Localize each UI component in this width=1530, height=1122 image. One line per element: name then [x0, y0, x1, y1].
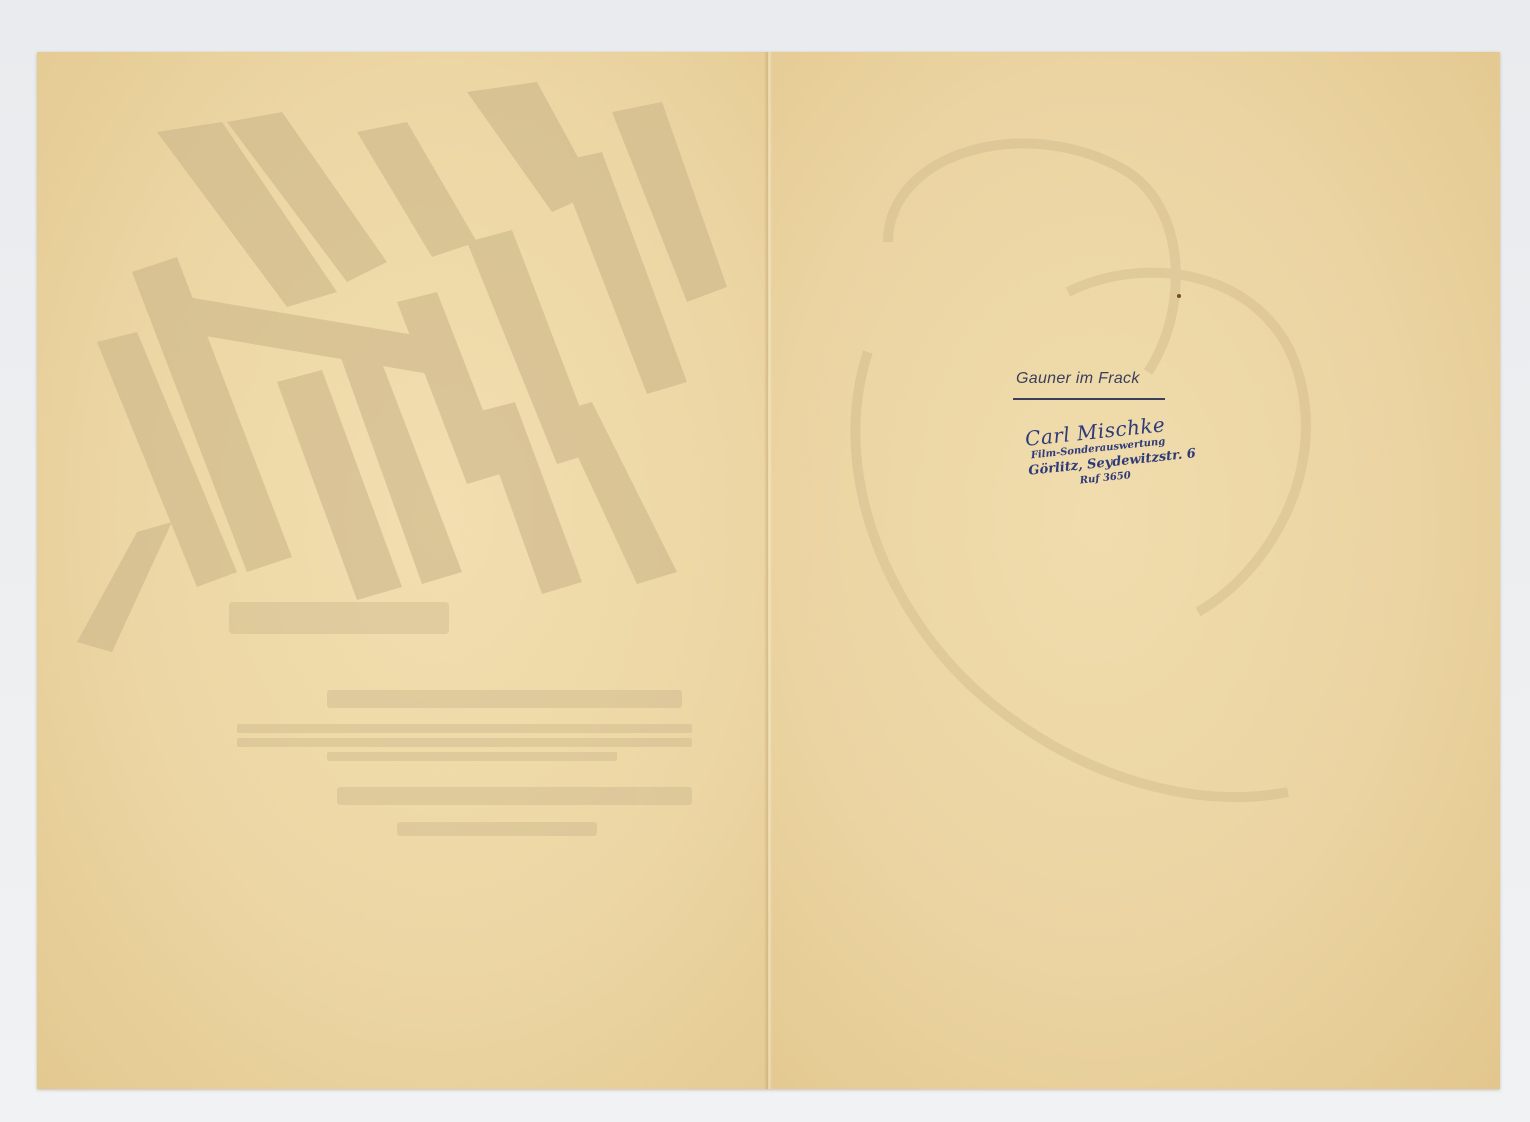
show-through-title-graphic [37, 52, 768, 1089]
title-underline [1013, 398, 1165, 400]
center-fold-crease [764, 52, 772, 1089]
paper-stain [1177, 294, 1181, 298]
right-page [768, 52, 1500, 1089]
printed-film-title: Gauner im Frack [1016, 370, 1166, 388]
show-through-portrait-graphic [768, 52, 1500, 1089]
paper-sheet [37, 52, 1500, 1089]
left-page [37, 52, 768, 1089]
